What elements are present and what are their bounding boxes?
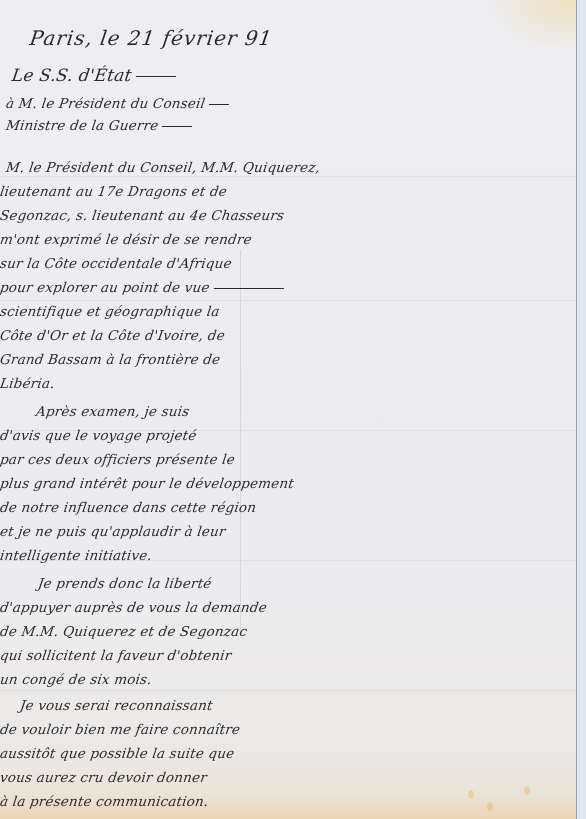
body-line: pour explorer au point de vue [0, 280, 285, 296]
place-date: Paris, le 21 février 91 [28, 26, 274, 50]
body-line: lieutenant au 17e Dragons et de [0, 184, 228, 200]
flourish [213, 288, 283, 290]
body-line: de notre influence dans cette région [0, 500, 257, 516]
body-line: d'avis que le voyage projeté [0, 428, 198, 444]
body-line: Libéria. [0, 376, 56, 392]
flourish [162, 126, 192, 128]
body-line: à la présente communication. [0, 794, 210, 810]
body-line: scientifique et géographique la [0, 304, 221, 320]
body-line: de vouloir bien me faire connaître [0, 722, 241, 738]
paper-rule [0, 300, 576, 301]
flourish [209, 104, 229, 106]
foxing-spot [524, 786, 530, 795]
body-line: M. le Président du Conseil, M.M. Quiquer… [5, 160, 321, 176]
body-line: qui sollicitent la faveur d'obtenir [0, 648, 233, 664]
body-line: Segonzac, s. lieutenant au 4e Chasseurs [0, 208, 285, 224]
body-line: et je ne puis qu'applaudir à leur [0, 524, 227, 540]
body-line: Grand Bassam à la frontière de [0, 352, 221, 368]
body-line: Je prends donc la liberté [37, 576, 213, 592]
foxing-spot [487, 802, 493, 811]
foxing-spot [468, 790, 474, 799]
body-line: sur la Côte occidentale d'Afrique [0, 256, 233, 272]
paper-fold-line [240, 250, 241, 630]
body-line: aussitôt que possible la suite que [0, 746, 236, 762]
paper-stain [486, 0, 576, 50]
body-line: intelligente initiative. [0, 548, 153, 564]
recipient-text-1: à M. le Président du Conseil [5, 96, 206, 112]
body-line: Après examen, je suis [35, 404, 191, 420]
sender: Le S.S. d'État [11, 66, 177, 86]
body-line: d'appuyer auprès de vous la demande [0, 600, 268, 616]
body-line: vous aurez cru devoir donner [0, 770, 208, 786]
paper-rule [0, 690, 576, 691]
body-line: un congé de six mois. [0, 672, 153, 688]
body-line: m'ont exprimé le désir de se rendre [0, 232, 253, 248]
recipient-line-2: Ministre de la Guerre [5, 118, 194, 134]
body-line: Je vous serai reconnaissant [19, 698, 214, 714]
sender-text: Le S.S. d'État [11, 66, 133, 86]
body-line: par ces deux officiers présente le [0, 452, 236, 468]
body-line: de M.M. Quiquerez et de Segonzac [0, 624, 248, 640]
paper-rule [0, 176, 576, 177]
recipient-text-2: Ministre de la Guerre [5, 118, 160, 134]
flourish [135, 76, 175, 78]
letter-page: Paris, le 21 février 91 Le S.S. d'État à… [0, 0, 577, 819]
body-line: plus grand intérêt pour le développement [0, 476, 295, 492]
body-line: Côte d'Or et la Côte d'Ivoire, de [0, 328, 226, 344]
recipient-line-1: à M. le Président du Conseil [5, 96, 230, 112]
body-text: pour explorer au point de vue [0, 280, 211, 296]
